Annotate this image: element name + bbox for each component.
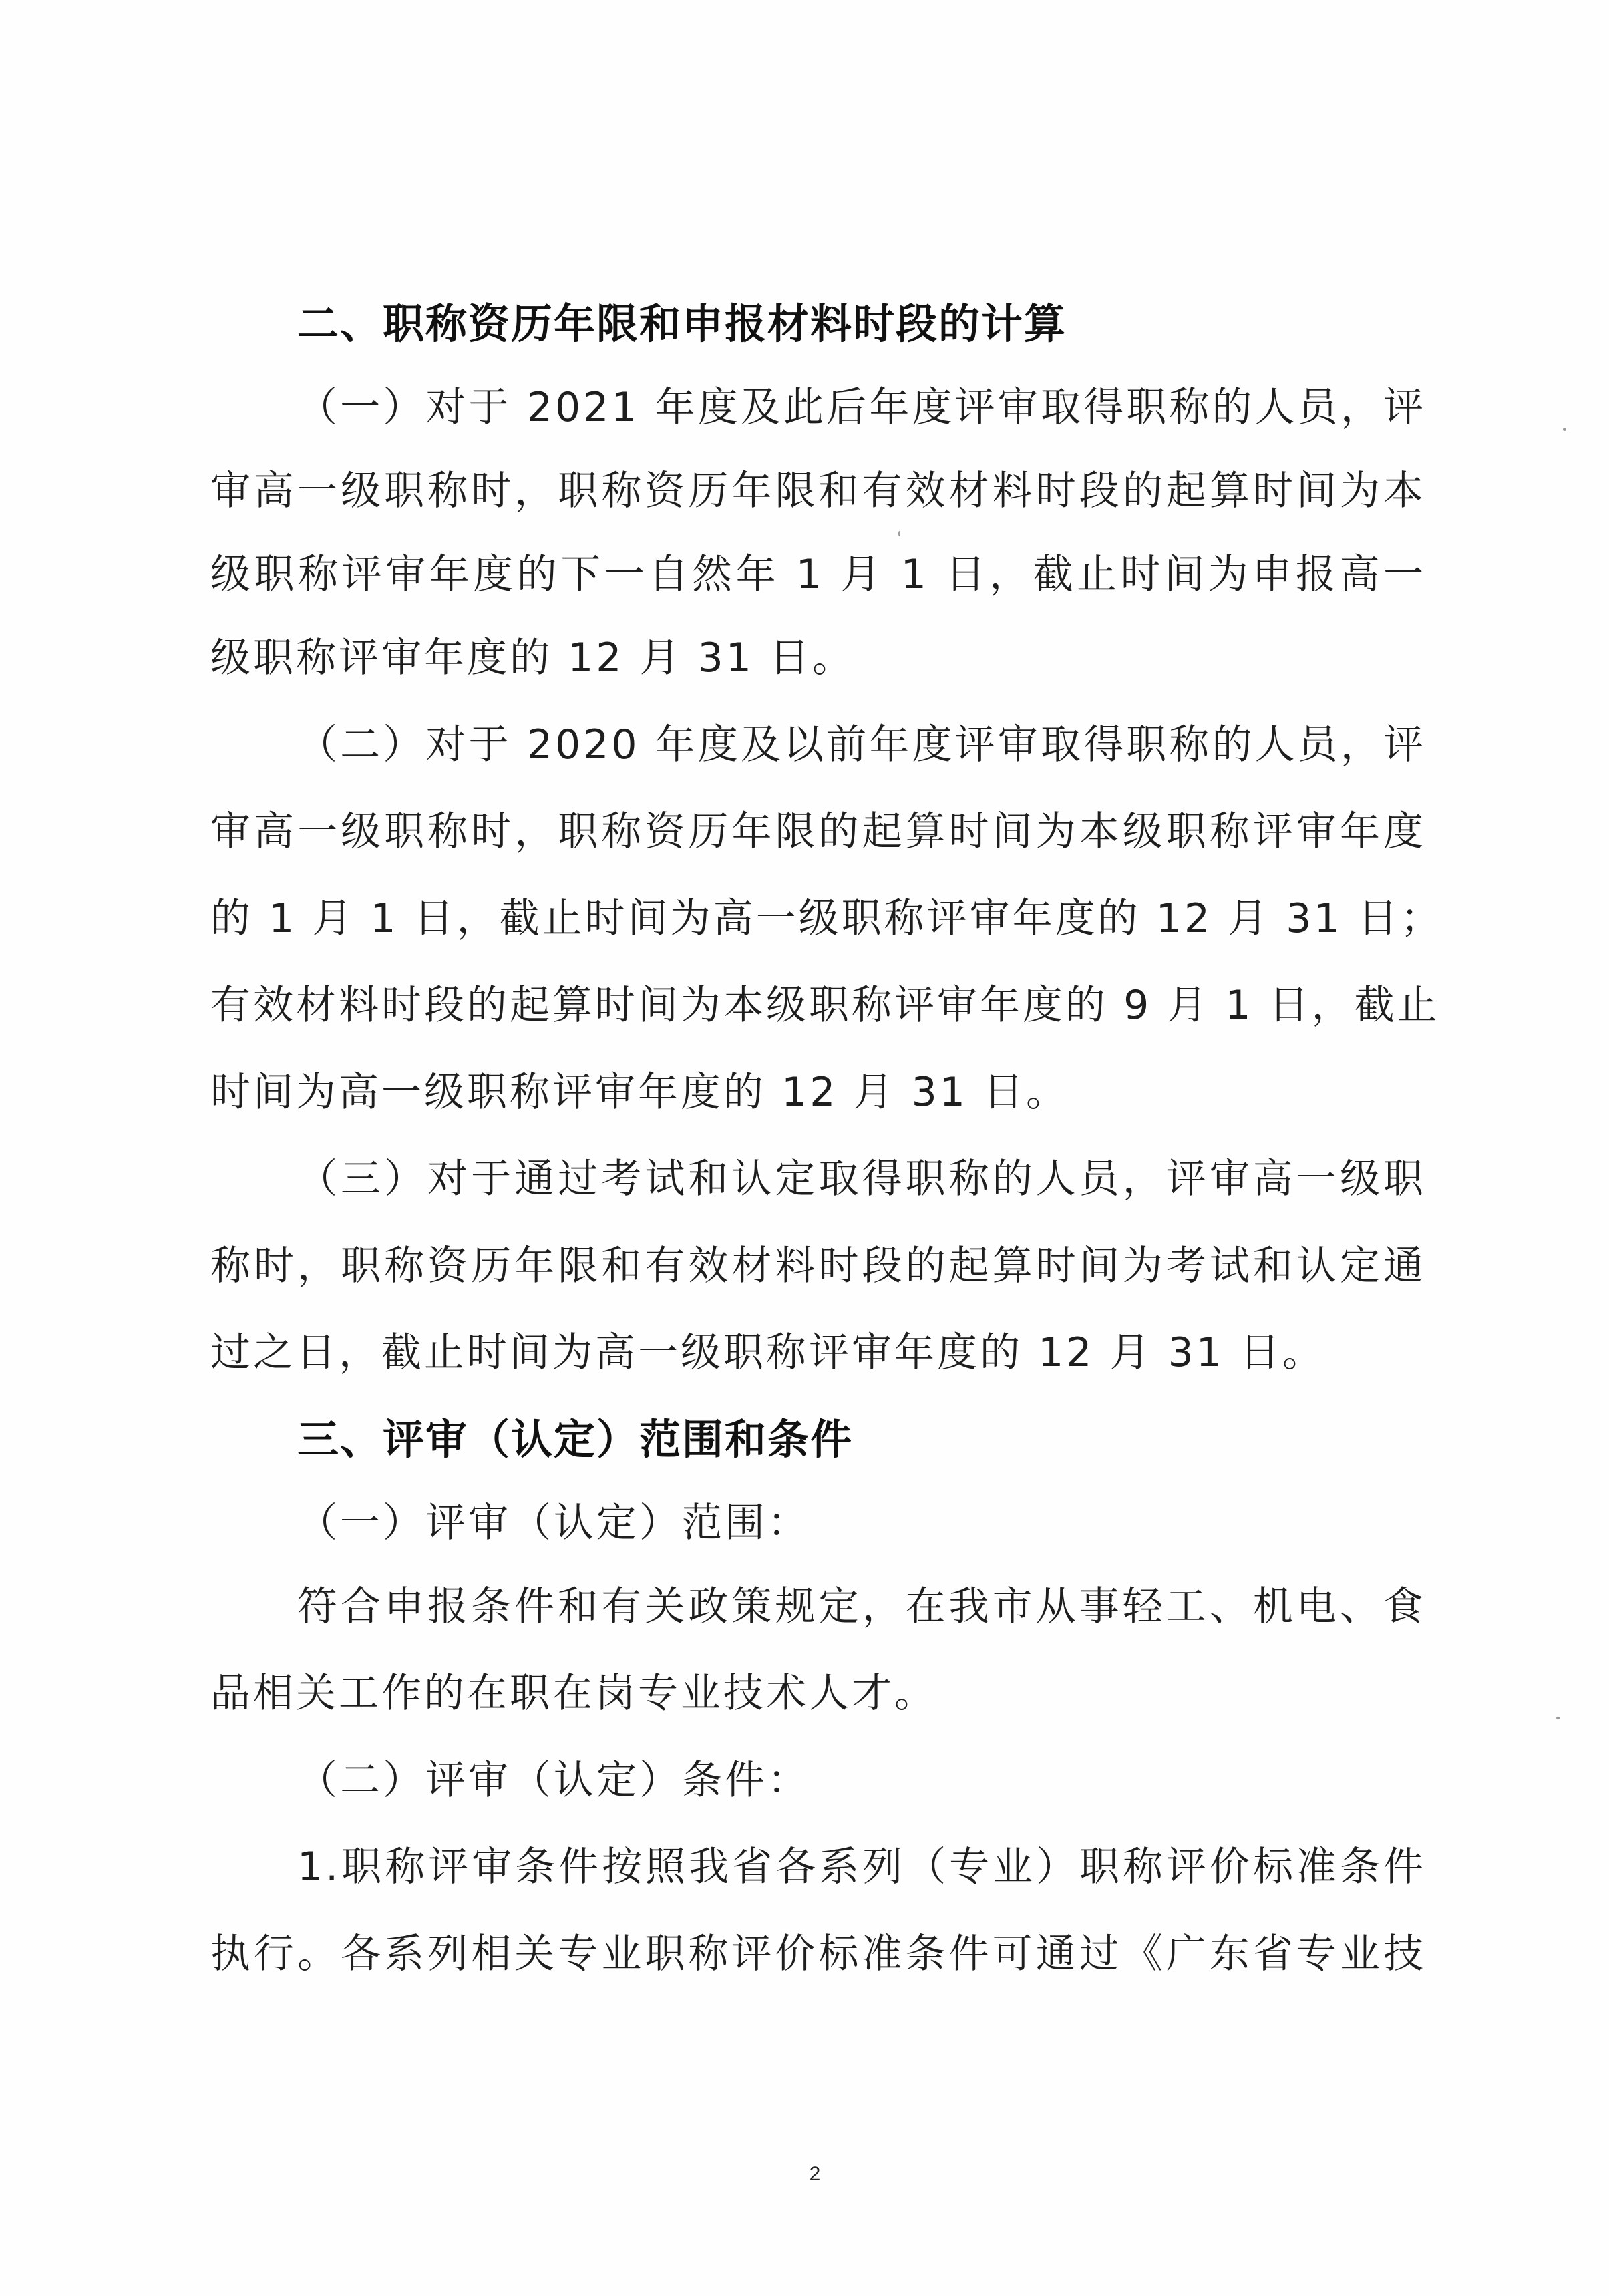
paragraph-line: 级职称评审年度的下一自然年 1 月 1 日，截止时间为申报高一 bbox=[210, 548, 1426, 601]
paragraph-line: 执行。各系列相关专业职称评价标准条件可通过《广东省专业技 bbox=[210, 1927, 1426, 1981]
paragraph-line: 过之日，截止时间为高一级职称评审年度的 12 月 31 日。 bbox=[210, 1326, 1426, 1379]
paragraph-line: 1.职称评审条件按照我省各系列（专业）职称评价标准条件 bbox=[297, 1840, 1426, 1894]
scan-speck bbox=[1563, 428, 1566, 431]
paragraph-line: 审高一级职称时，职称资历年限的起算时间为本级职称评审年度 bbox=[210, 805, 1426, 858]
document-page: 二、职称资历年限和申报材料时段的计算 （一）对于 2021 年度及此后年度评审取… bbox=[0, 0, 1609, 2296]
paragraph-line: 品相关工作的在职在岗专业技术人才。 bbox=[210, 1667, 1426, 1720]
paragraph-line: 的 1 月 1 日，截止时间为高一级职称评审年度的 12 月 31 日； bbox=[210, 892, 1426, 945]
section-heading-2: 二、职称资历年限和申报材料时段的计算 bbox=[297, 297, 1426, 351]
paragraph-line: （二）对于 2020 年度及以前年度评审取得职称的人员，评 bbox=[297, 718, 1426, 772]
paragraph-line: 有效材料时段的起算时间为本级职称评审年度的 9 月 1 日，截止 bbox=[210, 979, 1426, 1032]
scan-speck bbox=[898, 531, 900, 536]
paragraph-line: 称时，职称资历年限和有效材料时段的起算时间为考试和认定通 bbox=[210, 1239, 1426, 1293]
scan-speck bbox=[1556, 1717, 1560, 1719]
subheading-conditions: （二）评审（认定）条件： bbox=[297, 1754, 1426, 1807]
paragraph-line: 时间为高一级职称评审年度的 12 月 31 日。 bbox=[210, 1065, 1426, 1119]
section-heading-3: 三、评审（认定）范围和条件 bbox=[297, 1413, 1426, 1466]
subheading-scope: （一）评审（认定）范围： bbox=[297, 1496, 1426, 1550]
page-number: 2 bbox=[801, 2163, 828, 2186]
paragraph-line: 级职称评审年度的 12 月 31 日。 bbox=[210, 631, 1426, 685]
paragraph-line: （一）对于 2021 年度及此后年度评审取得职称的人员，评 bbox=[297, 381, 1426, 434]
paragraph-line: 审高一级职称时，职称资历年限和有效材料时段的起算时间为本 bbox=[210, 464, 1426, 518]
paragraph-line: （三）对于通过考试和认定取得职称的人员，评审高一级职 bbox=[297, 1152, 1426, 1206]
paragraph-line: 符合申报条件和有关政策规定，在我市从事轻工、机电、食 bbox=[297, 1580, 1426, 1633]
